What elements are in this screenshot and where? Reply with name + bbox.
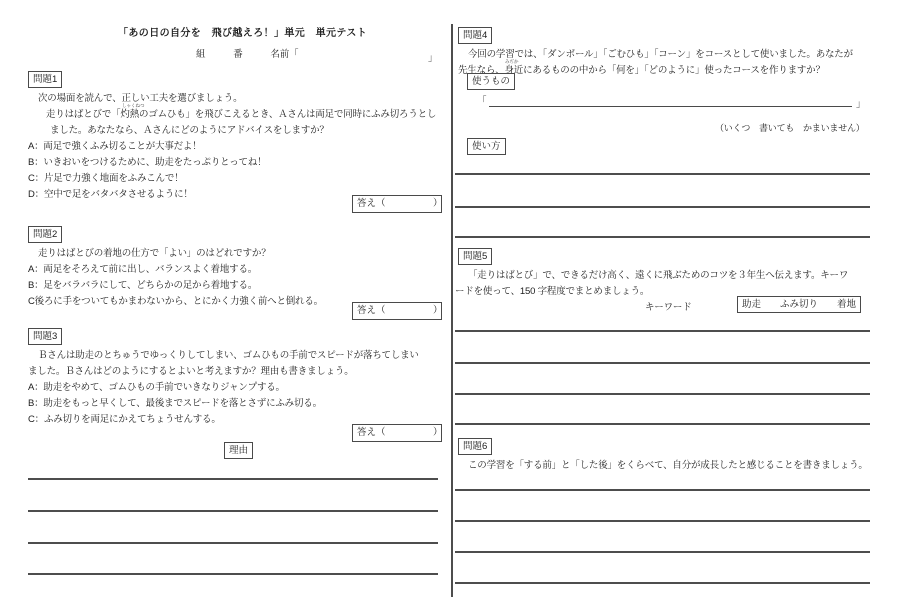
q6-label: 問題6 <box>458 438 492 455</box>
q1-answer-box: 答え（ ） <box>352 195 442 213</box>
q2-option-c: C後ろに手をついてもかまわないから、とにかく力強く前へと倒れる。 <box>28 295 323 308</box>
q3-option-b: B：助走をもっと早くして、最後までスピードを落とさずにふみ切る。 <box>28 397 322 410</box>
writing-line <box>28 573 438 575</box>
column-divider <box>451 24 453 597</box>
writing-line <box>455 362 870 364</box>
q3-reason-label: 理由 <box>224 442 253 459</box>
q3-label: 問題3 <box>28 328 62 345</box>
q1-option-b: B：いきおいをつけるために、助走をたっぷりとってね！ <box>28 156 266 169</box>
q2-option-b: B：足をバラバラにして、どちらかの足から着地する。 <box>28 279 257 292</box>
q2-option-a: A：両足をそろえて前に出し、バランスよく着地する。 <box>28 263 257 276</box>
q3-scenario-line2: ました。Ｂさんはどのようにするとよいと考えますか？理由も書きましょう。 <box>28 365 354 378</box>
writing-line <box>28 478 438 480</box>
writing-line <box>455 423 870 425</box>
writing-line <box>455 330 870 332</box>
q3-answer-box: 答え（ ） <box>352 424 442 442</box>
q5-keywords-box: 助走 ふみ切り 着地 <box>737 296 861 313</box>
q4-uses-label: 使うもの <box>467 73 515 90</box>
writing-line <box>455 520 870 522</box>
q2-intro: 走りはばとびの着地の仕方で「よい」のはどれですか？ <box>38 247 271 260</box>
q4-label: 問題4 <box>458 27 492 44</box>
q5-keyword-label: キーワード <box>645 301 692 314</box>
q4-open-quote: 「 <box>477 95 486 108</box>
q1-scenario-line1: 走りはばとびで「灼熱のゴムひも」を飛びこえるとき、Ａさんは両足で同時にふみ切ろう… <box>46 108 436 121</box>
worksheet-title: 「あの日の自分を 飛び越えろ！」単元 単元テスト <box>118 27 367 40</box>
writing-line <box>455 173 870 175</box>
writing-line <box>455 236 870 238</box>
name-field-close-quote: 」 <box>428 52 437 65</box>
writing-line <box>28 542 438 544</box>
q2-label: 問題2 <box>28 226 62 243</box>
q5-text-line1: 「走りはばとび」で、できるだけ高く、遠くに飛ぶためのコツを３年生へ伝えます。キー… <box>468 269 848 282</box>
q4-answer-underline <box>489 91 852 107</box>
writing-line <box>455 489 870 491</box>
worksheet-page: 「あの日の自分を 飛び越えろ！」単元 単元テスト 組 番 名前「 」 問題1 次… <box>0 0 900 611</box>
q1-label: 問題1 <box>28 71 62 88</box>
name-fields: 組 番 名前「 <box>196 48 298 61</box>
q4-howto-label: 使い方 <box>467 138 506 155</box>
q3-scenario-line1: Ｂさんは助走のとちゅうでゆっくりしてしまい、ゴムひもの手前でスピードが落ちてしま… <box>38 349 419 362</box>
writing-line <box>455 582 870 584</box>
writing-line <box>28 510 438 512</box>
q3-option-a: A：助走をやめて、ゴムひもの手前でいきなりジャンプする。 <box>28 381 285 394</box>
q4-note: （いくつ 書いても かまいません） <box>715 122 865 135</box>
q5-text-line2: ードを使って、150 字程度でまとめましょう。 <box>455 285 649 298</box>
q1-option-d: D：空中で足をバタバタさせるように！ <box>28 188 193 201</box>
q1-option-a: A：両足で強くふみ切ることが大事だよ！ <box>28 140 202 153</box>
q4-text-line1: 今回の学習では、「ダンボール」「ごむひも」「コーン」をコースとして使いました。あ… <box>468 48 853 61</box>
q5-label: 問題5 <box>458 248 492 265</box>
q2-answer-box: 答え（ ） <box>352 302 442 320</box>
writing-line <box>455 206 870 208</box>
q3-option-c: C：ふみ切りを両足にかえてちょうせんする。 <box>28 413 221 426</box>
q4-close-quote: 」 <box>856 98 865 111</box>
writing-line <box>455 551 870 553</box>
q1-scenario-line2: ました。あなたなら、Ａさんにどのようにアドバイスをしますか？ <box>50 124 329 137</box>
q6-text-line1: この学習を「する前」と「した後」をくらべて、自分が成長したと感じることを書きまし… <box>468 459 868 472</box>
q1-option-c: C：片足で力強く地面をふみこんで！ <box>28 172 183 185</box>
writing-line <box>455 393 870 395</box>
